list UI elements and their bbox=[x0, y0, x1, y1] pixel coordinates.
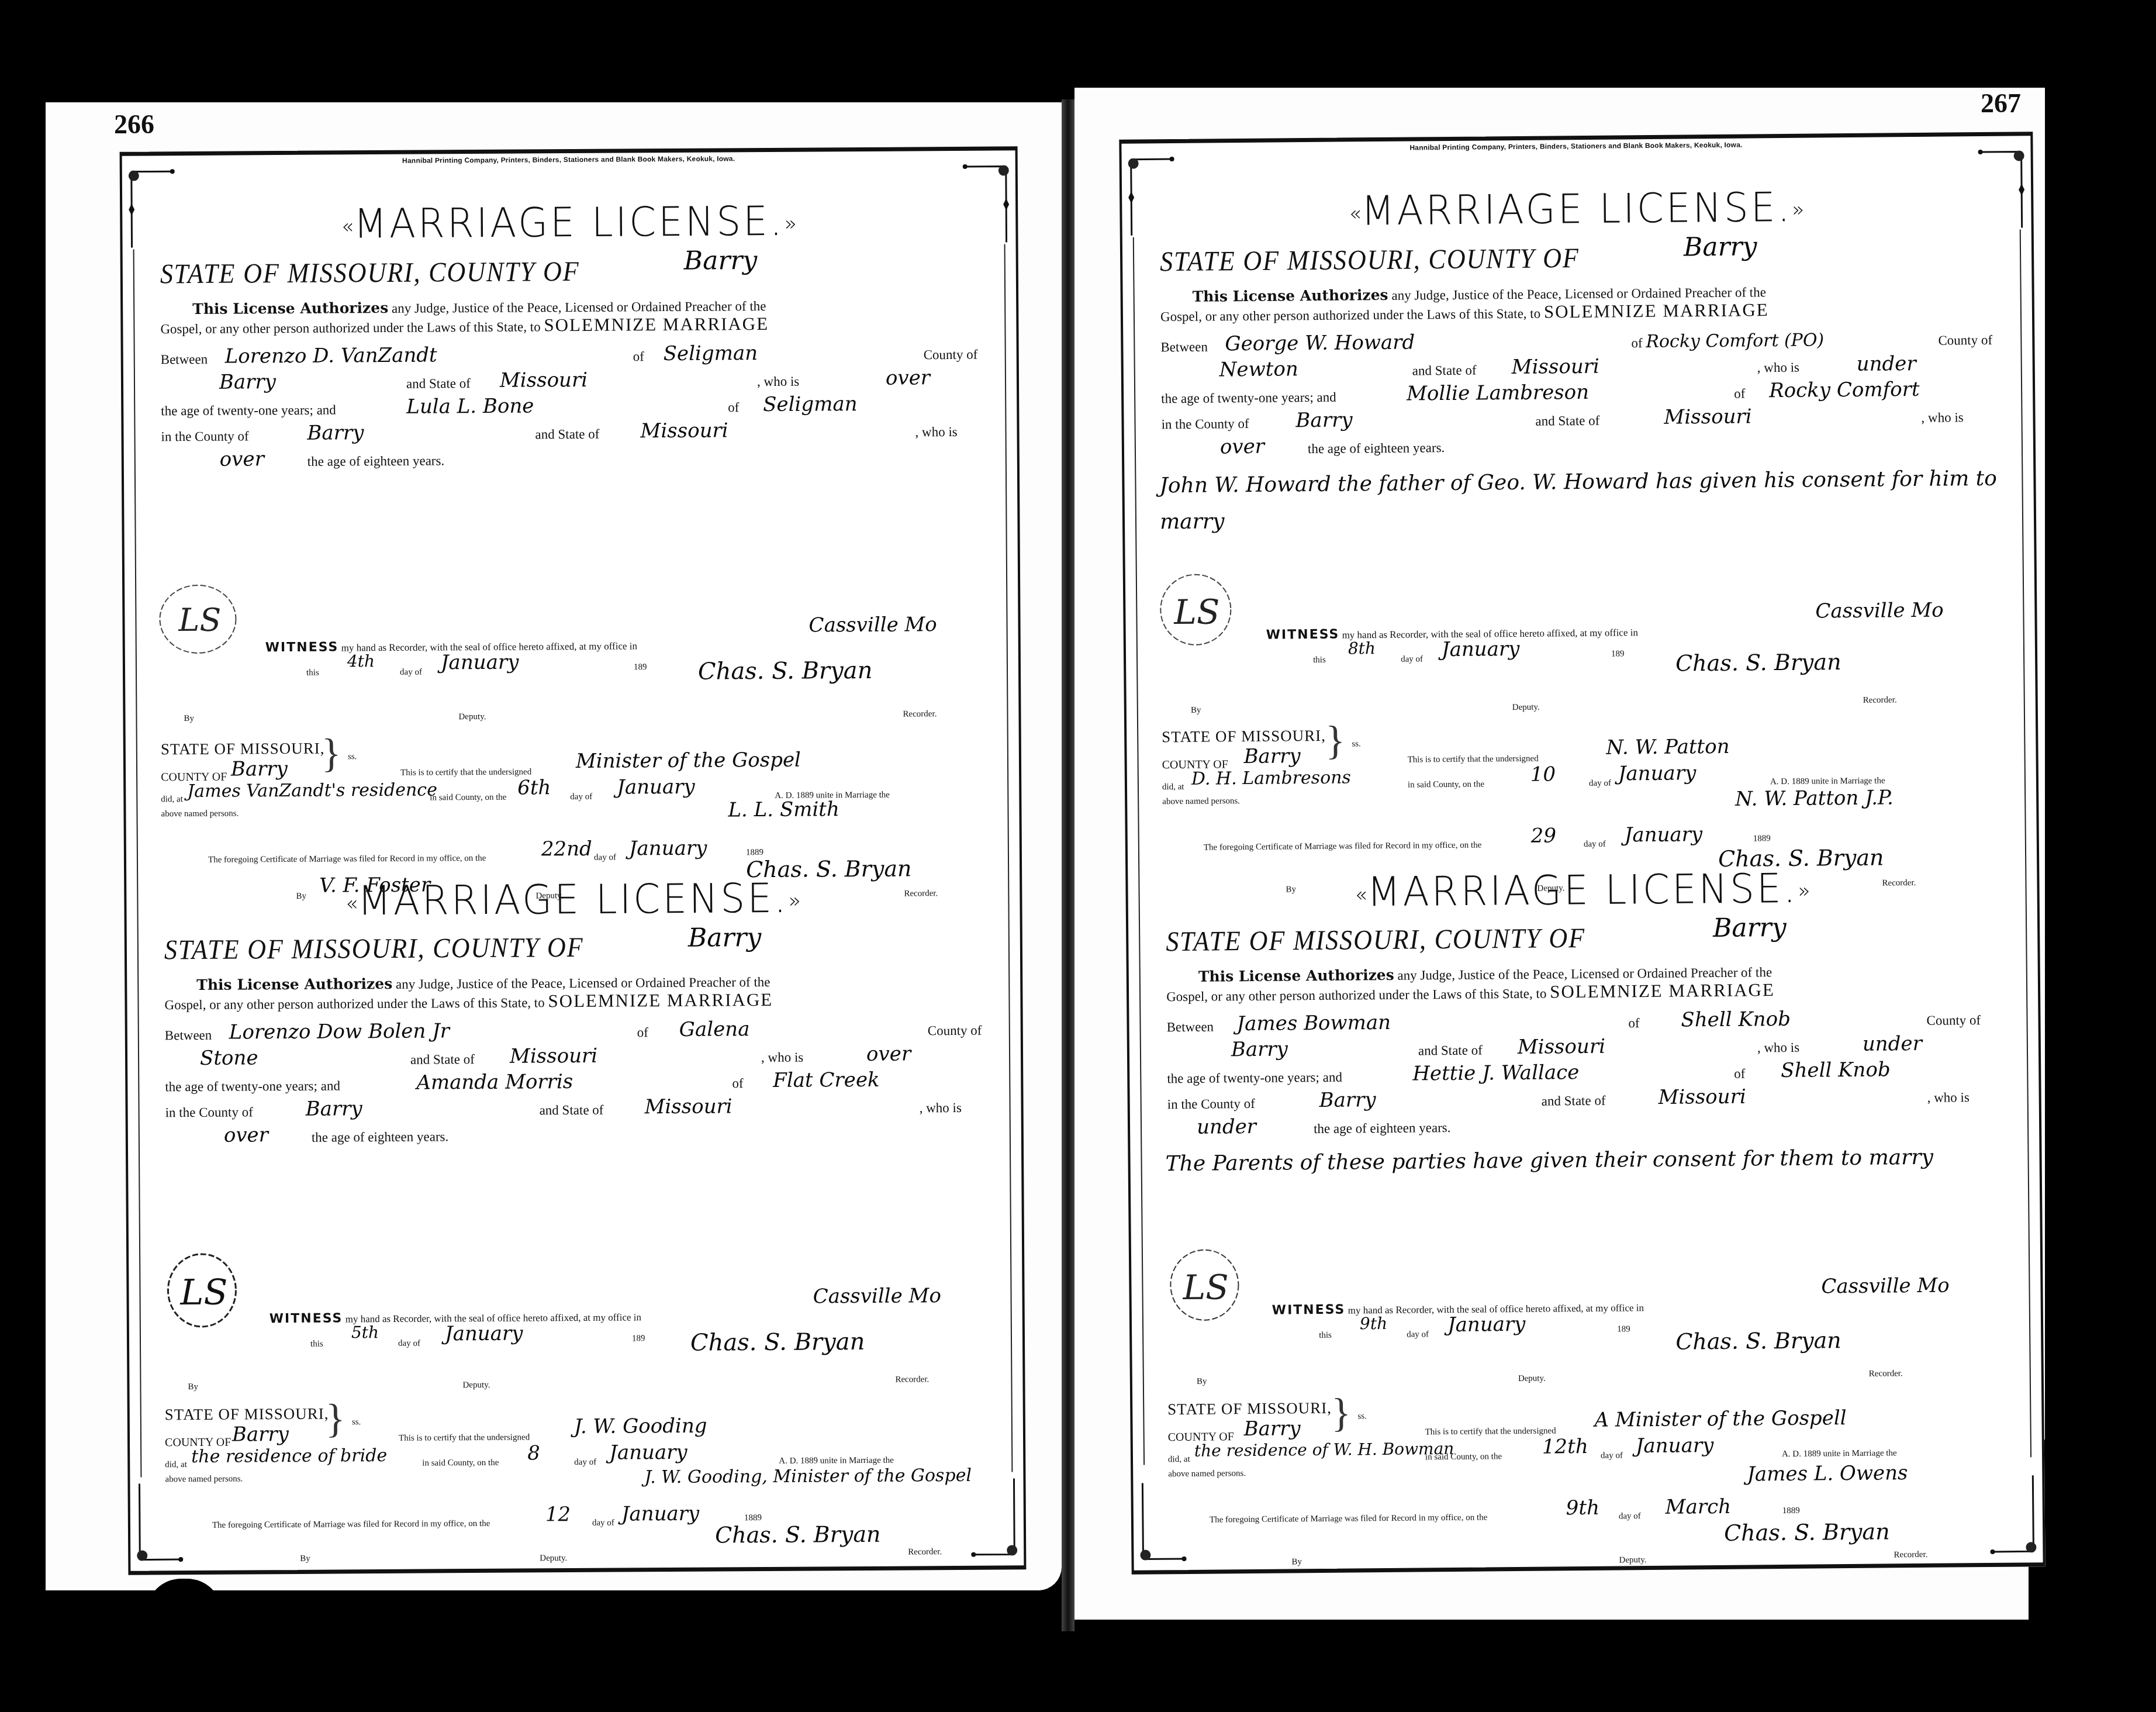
license-record: «MARRIAGE LICENSE.» STATE OF MISSOURI, C… bbox=[126, 874, 1024, 1581]
bride-residence: Seligman bbox=[763, 392, 858, 416]
bride-state: Missouri bbox=[1658, 1085, 1746, 1109]
groom-county: Barry bbox=[219, 370, 276, 394]
authorization-text: This License Authorizes any Judge, Justi… bbox=[164, 972, 997, 1014]
officiant-signature: James L. Owens bbox=[1747, 1461, 1908, 1486]
bride-age-status: over bbox=[224, 1123, 268, 1147]
certificate-county: Barry bbox=[1243, 1417, 1300, 1441]
state-county-heading: STATE OF MISSOURI, COUNTY OF bbox=[1160, 242, 1580, 278]
recorder-office: Cassville Mo bbox=[1821, 1274, 1950, 1299]
license-title: «MARRIAGE LICENSE.» bbox=[122, 196, 1015, 248]
filed-month: March bbox=[1666, 1495, 1732, 1519]
authorization-text: This License Authorizes any Judge, Justi… bbox=[160, 296, 993, 339]
bride-name: Amanda Morris bbox=[416, 1070, 573, 1095]
recorder-seal-icon: LS bbox=[1160, 1245, 1249, 1324]
witness-month: January bbox=[445, 1322, 523, 1346]
recorder-office: Cassville Mo bbox=[809, 613, 937, 637]
bride-age-row: over the age of eighteen years. bbox=[161, 440, 994, 474]
filed-year: 1889 bbox=[1753, 834, 1771, 844]
groom-county: Stone bbox=[200, 1046, 258, 1070]
brace-icon: } bbox=[1331, 1390, 1351, 1437]
consent-note: John W. Howard the father of Geo. W. How… bbox=[1159, 461, 2010, 541]
filed-day: 29 bbox=[1531, 824, 1557, 847]
officiant: J. W. Gooding bbox=[574, 1414, 707, 1438]
witness-year: 189 bbox=[1611, 649, 1625, 659]
officiant: Minister of the Gospel bbox=[576, 748, 801, 773]
brace-icon: } bbox=[1325, 718, 1345, 765]
groom-residence: Rocky Comfort (PO) bbox=[1646, 330, 1824, 352]
groom-state: Missouri bbox=[500, 368, 588, 392]
witness-day: 8th bbox=[1348, 638, 1376, 658]
state-county-heading: STATE OF MISSOURI, COUNTY OF bbox=[1166, 922, 1585, 958]
groom-residence: Seligman bbox=[664, 341, 758, 365]
marriage-place: the residence of W. H. Bowman bbox=[1194, 1439, 1454, 1461]
marriage-year: A. D. 1889 unite in Marriage the bbox=[779, 1456, 894, 1466]
groom-age-status: over bbox=[866, 1042, 911, 1065]
witness-month: January bbox=[1442, 637, 1520, 661]
bride-residence: Shell Knob bbox=[1781, 1058, 1891, 1082]
marriage-place: James VanZandt's residence bbox=[187, 779, 437, 802]
svg-text:LS: LS bbox=[1173, 592, 1220, 632]
marriage-place: D. H. Lambresons bbox=[1191, 767, 1351, 789]
filed-day: 12 bbox=[545, 1503, 571, 1526]
bride-county: Barry bbox=[1295, 408, 1352, 432]
recorder-seal-icon: LS bbox=[158, 1250, 246, 1330]
bride-age-status: over bbox=[1220, 435, 1264, 459]
brace-icon: } bbox=[322, 730, 341, 777]
bride-state: Missouri bbox=[644, 1095, 732, 1119]
license-county: Barry bbox=[1713, 913, 1787, 943]
certificate-county: Barry bbox=[1243, 744, 1300, 768]
filed-recorder-signature: Chas. S. Bryan bbox=[715, 1521, 881, 1548]
bride-county: Barry bbox=[1319, 1088, 1376, 1112]
witness-year: 189 bbox=[634, 662, 647, 672]
witness-day: 4th bbox=[347, 651, 375, 671]
license-title: «MARRIAGE LICENSE.» bbox=[1128, 862, 2037, 917]
groom-residence: Galena bbox=[679, 1017, 750, 1041]
state-county-heading: STATE OF MISSOURI, COUNTY OF bbox=[160, 256, 580, 290]
license-record: «MARRIAGE LICENSE.» STATE OF MISSOURI, C… bbox=[1128, 864, 2043, 1573]
groom-age-status: over bbox=[886, 366, 930, 389]
filed-year: 1889 bbox=[1782, 1506, 1800, 1516]
recorder-seal-icon: LS bbox=[154, 579, 242, 658]
marriage-month: January bbox=[1618, 761, 1697, 785]
recorder-signature: Chas. S. Bryan bbox=[698, 657, 873, 685]
groom-name: George W. Howard bbox=[1225, 330, 1415, 355]
witness-year: 189 bbox=[632, 1334, 645, 1344]
license-county: Barry bbox=[684, 246, 758, 276]
filed-recorder-signature: Chas. S. Bryan bbox=[1724, 1518, 1890, 1545]
recorder-seal-icon: LS bbox=[1152, 569, 1240, 649]
witness-day: 9th bbox=[1360, 1314, 1387, 1333]
witness-month: January bbox=[441, 651, 519, 675]
filed-month: January bbox=[1625, 823, 1703, 847]
groom-state: Missouri bbox=[1512, 355, 1599, 379]
officiant-signature: L. L. Smith bbox=[728, 798, 839, 822]
marriage-month: January bbox=[1636, 1434, 1714, 1458]
groom-residence: Shell Knob bbox=[1681, 1007, 1791, 1032]
authorization-text: This License Authorizes any Judge, Justi… bbox=[1160, 281, 2009, 326]
certificate-state: STATE OF MISSOURI, bbox=[1167, 1399, 1332, 1418]
svg-text:LS: LS bbox=[179, 1272, 227, 1313]
recorder-office: Cassville Mo bbox=[813, 1284, 941, 1308]
groom-age-status: under bbox=[1863, 1032, 1922, 1056]
recorder-signature: Chas. S. Bryan bbox=[690, 1328, 865, 1357]
bride-age-status: over bbox=[220, 447, 264, 471]
bride-state: Missouri bbox=[640, 419, 728, 443]
right-edge-shadow bbox=[2029, 1438, 2156, 1712]
form-frame-right: Hannibal Printing Company, Printers, Bin… bbox=[1119, 132, 2045, 1575]
marriage-year: A. D. 1889 unite in Marriage the bbox=[1782, 1448, 1897, 1459]
license-county: Barry bbox=[688, 923, 762, 953]
license-title: «MARRIAGE LICENSE.» bbox=[126, 873, 1020, 926]
recorder-office: Cassville Mo bbox=[1815, 599, 1944, 623]
marriage-day: 8 bbox=[527, 1441, 540, 1465]
certificate-state: STATE OF MISSOURI, bbox=[1162, 727, 1326, 746]
filed-month: January bbox=[629, 837, 707, 861]
page-clip-shadow bbox=[146, 1579, 222, 1712]
witness-month: January bbox=[1447, 1313, 1526, 1337]
license-county: Barry bbox=[1684, 232, 1757, 262]
recorder-signature: Chas. S. Bryan bbox=[1675, 1327, 1841, 1354]
groom-name: James Bowman bbox=[1236, 1011, 1391, 1036]
svg-text:LS: LS bbox=[1182, 1267, 1229, 1307]
recorder-signature: Chas. S. Bryan bbox=[1675, 649, 1841, 676]
license-record: «MARRIAGE LICENSE.» STATE OF MISSOURI, C… bbox=[1121, 136, 2036, 845]
book-gutter bbox=[1062, 99, 1074, 1631]
license-title: «MARRIAGE LICENSE.» bbox=[1122, 181, 2031, 236]
officiant-signature: N. W. Patton J.P. bbox=[1735, 786, 1894, 810]
license-record: «MARRIAGE LICENSE.» STATE OF MISSOURI, C… bbox=[122, 150, 1020, 857]
officiant: N. W. Patton bbox=[1606, 735, 1729, 760]
bride-age-row: over the age of eighteen years. bbox=[165, 1116, 998, 1150]
marriage-day: 10 bbox=[1530, 762, 1556, 786]
bride-residence: Flat Creek bbox=[773, 1068, 880, 1092]
bride-name: Lula L. Bone bbox=[406, 394, 534, 418]
certificate-state: STATE OF MISSOURI, bbox=[165, 1405, 329, 1424]
svg-text:LS: LS bbox=[178, 602, 221, 638]
filed-month: January bbox=[621, 1502, 700, 1526]
groom-state: Missouri bbox=[1518, 1035, 1605, 1059]
certificate-county: Barry bbox=[232, 1423, 289, 1447]
marriage-month: January bbox=[617, 775, 695, 799]
groom-county: Newton bbox=[1219, 357, 1298, 381]
page-number-right: 267 bbox=[1981, 88, 2021, 119]
groom-name: Lorenzo D. VanZandt bbox=[225, 343, 437, 368]
filed-day: 22nd bbox=[541, 837, 592, 861]
bride-state: Missouri bbox=[1664, 405, 1751, 429]
marriage-month: January bbox=[609, 1441, 687, 1465]
bride-residence: Rocky Comfort bbox=[1769, 378, 1920, 402]
marriage-day: 12th bbox=[1542, 1435, 1588, 1459]
witness-day: 5th bbox=[351, 1323, 379, 1342]
brace-icon: } bbox=[326, 1396, 345, 1442]
groom-age-status: under bbox=[1857, 352, 1916, 376]
witness-year: 189 bbox=[1617, 1324, 1630, 1334]
certificate-state: STATE OF MISSOURI, bbox=[161, 740, 325, 759]
authorization-text: This License Authorizes any Judge, Justi… bbox=[1166, 961, 2015, 1006]
state-county-heading: STATE OF MISSOURI, COUNTY OF bbox=[164, 931, 584, 966]
marriage-day: 6th bbox=[517, 776, 551, 799]
officiant: A Minister of the Gospell bbox=[1594, 1406, 1847, 1432]
page-number-left: 266 bbox=[114, 109, 154, 140]
officiant-signature: J. W. Gooding, Minister of the Gospel bbox=[644, 1465, 972, 1487]
certificate-county: Barry bbox=[231, 757, 288, 781]
bride-county: Barry bbox=[305, 1097, 362, 1121]
marriage-year: A. D. 1889 unite in Marriage the bbox=[1770, 776, 1885, 787]
bride-age-status: under bbox=[1197, 1115, 1256, 1139]
groom-county: Barry bbox=[1231, 1037, 1288, 1061]
consent-note: The Parents of these parties have given … bbox=[1165, 1139, 2016, 1183]
filed-day: 9th bbox=[1566, 1496, 1600, 1520]
bride-name: Hettie J. Wallace bbox=[1412, 1061, 1579, 1085]
marriage-place: the residence of bride bbox=[191, 1445, 387, 1467]
form-frame-left: Hannibal Printing Company, Printers, Bin… bbox=[120, 146, 1027, 1575]
bride-name: Mollie Lambreson bbox=[1407, 381, 1589, 406]
groom-state: Missouri bbox=[510, 1044, 597, 1068]
bride-county: Barry bbox=[307, 421, 364, 445]
groom-name: Lorenzo Dow Bolen Jr bbox=[229, 1019, 450, 1044]
